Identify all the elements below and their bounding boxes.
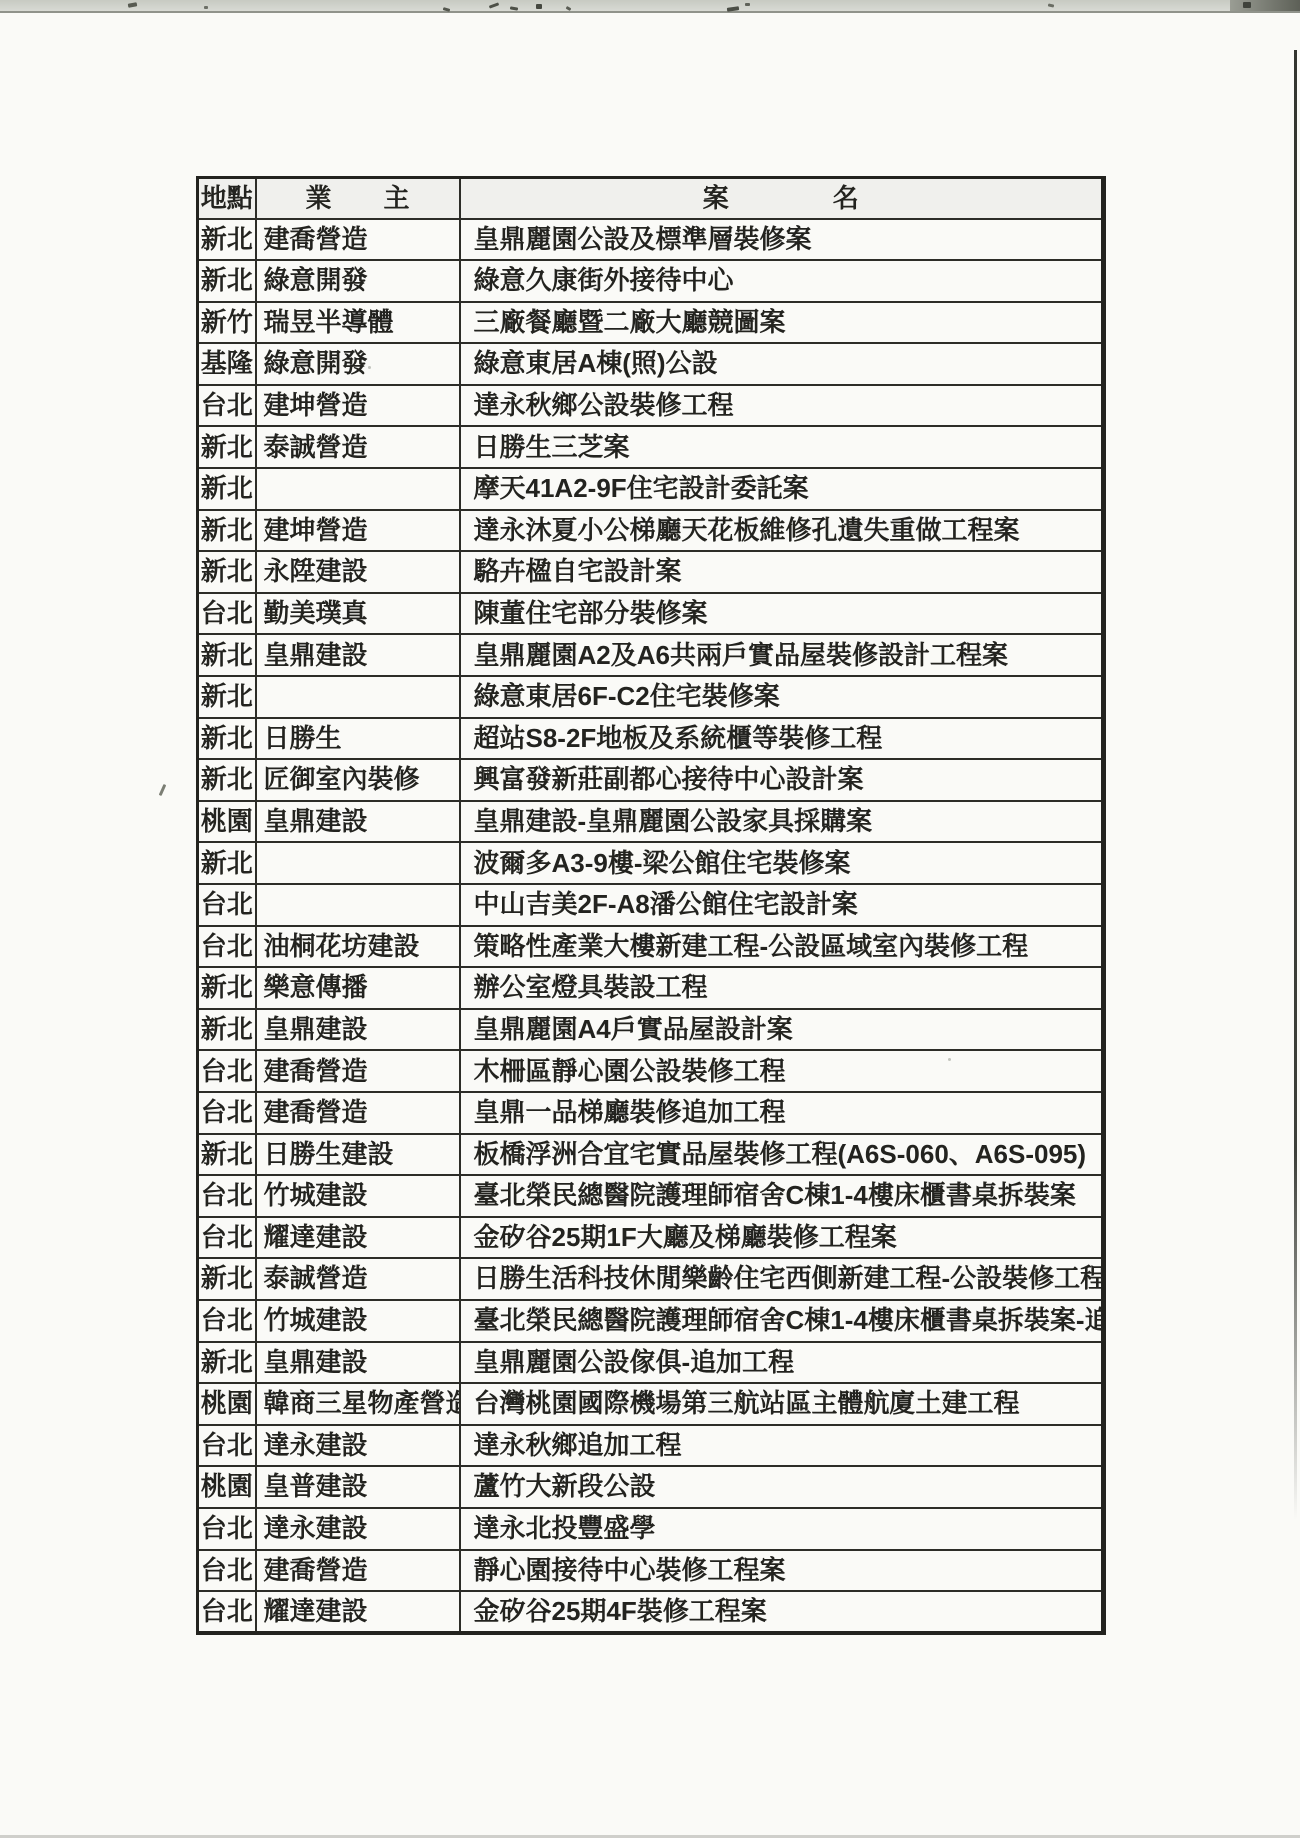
scan-tick-mark [159,784,167,796]
cell-client: 韓商三星物產營造 [256,1383,460,1425]
cell-location: 新竹 [198,302,256,344]
cell-project: 金矽谷25期4F裝修工程案 [460,1591,1104,1633]
cell-project: 波爾多A3-9樓-梁公館住宅裝修案 [460,842,1104,884]
cell-location: 新北 [198,759,256,801]
cell-project: 陳董住宅部分裝修案 [460,593,1104,635]
cell-client: 竹城建設 [256,1300,460,1342]
table-row: 桃園 皇普建設 蘆竹大新段公設 [198,1466,1104,1508]
cell-project: 金矽谷25期1F大廳及梯廳裝修工程案 [460,1217,1104,1259]
cell-client [256,884,460,926]
table-row: 新北 波爾多A3-9樓-梁公館住宅裝修案 [198,842,1104,884]
cell-project: 皇鼎建設-皇鼎麗園公設家具採購案 [460,801,1104,843]
cell-location: 桃園 [198,1383,256,1425]
table-header-row: 地點 業 主 案 名 [198,178,1104,219]
cell-location: 台北 [198,385,256,427]
cell-client: 皇鼎建設 [256,801,460,843]
projects-table: 地點 業 主 案 名 新北 建喬營造 皇鼎麗園公設及標準層裝修案 新北 綠意開發… [196,176,1106,1635]
cell-client [256,676,460,718]
cell-client: 耀達建設 [256,1591,460,1633]
table-row: 基隆 綠意開發 綠意東居A棟(照)公設 [198,343,1104,385]
scanned-page: 地點 業 主 案 名 新北 建喬營造 皇鼎麗園公設及標準層裝修案 新北 綠意開發… [0,0,1300,1838]
cell-project: 達永秋鄉追加工程 [460,1425,1104,1467]
cell-client: 皇鼎建設 [256,1009,460,1051]
cell-location: 台北 [198,1217,256,1259]
cell-client: 耀達建設 [256,1217,460,1259]
cell-project: 皇鼎麗園公設及標準層裝修案 [460,219,1104,261]
scan-right-edge-line [1294,50,1297,1520]
cell-client: 綠意開發 [256,343,460,385]
cell-location: 桃園 [198,1466,256,1508]
table-row: 新北 泰誠營造 日勝生三芝案 [198,426,1104,468]
cell-client: 皇普建設 [256,1466,460,1508]
cell-location: 新北 [198,468,256,510]
table-row: 新北 皇鼎建設 皇鼎麗園公設傢俱-追加工程 [198,1342,1104,1384]
scan-speck [1243,2,1251,8]
table-row: 新北 日勝生 超站S8-2F地板及系統櫃等裝修工程 [198,718,1104,760]
cell-project: 皇鼎麗園公設傢俱-追加工程 [460,1342,1104,1384]
cell-location: 新北 [198,551,256,593]
scan-speck [204,6,208,9]
cell-location: 桃園 [198,801,256,843]
cell-project: 蘆竹大新段公設 [460,1466,1104,1508]
cell-client: 竹城建設 [256,1175,460,1217]
table-header: 地點 業 主 案 名 [198,178,1104,219]
cell-location: 新北 [198,510,256,552]
cell-location: 台北 [198,1425,256,1467]
cell-location: 新北 [198,634,256,676]
cell-project: 皇鼎麗園A2及A6共兩戶實品屋裝修設計工程案 [460,634,1104,676]
table-row: 台北 耀達建設 金矽谷25期4F裝修工程案 [198,1591,1104,1633]
scan-top-edge [0,0,1300,13]
table-row: 台北 耀達建設 金矽谷25期1F大廳及梯廳裝修工程案 [198,1217,1104,1259]
scan-speck [536,4,542,9]
cell-project: 皇鼎一品梯廳裝修追加工程 [460,1092,1104,1134]
table-row: 新北 永陞建設 駱卉楹自宅設計案 [198,551,1104,593]
cell-project: 興富發新莊副都心接待中心設計案 [460,759,1104,801]
cell-location: 台北 [198,1175,256,1217]
cell-client: 皇鼎建設 [256,1342,460,1384]
cell-client: 建喬營造 [256,1050,460,1092]
cell-client: 建坤營造 [256,385,460,427]
table-row: 新北 綠意東居6F-C2住宅裝修案 [198,676,1104,718]
table-row: 台北 達永建設 達永秋鄉追加工程 [198,1425,1104,1467]
cell-client: 油桐花坊建設 [256,926,460,968]
table-row: 台北 建喬營造 木柵區靜心園公設裝修工程 [198,1050,1104,1092]
cell-client: 皇鼎建設 [256,634,460,676]
table-row: 新北 建喬營造 皇鼎麗園公設及標準層裝修案 [198,219,1104,261]
cell-location: 新北 [198,718,256,760]
cell-project: 靜心園接待中心裝修工程案 [460,1550,1104,1592]
table-row: 桃園 皇鼎建設 皇鼎建設-皇鼎麗園公設家具採購案 [198,801,1104,843]
cell-location: 新北 [198,1342,256,1384]
cell-client: 綠意開發 [256,260,460,302]
cell-location: 新北 [198,842,256,884]
cell-location: 新北 [198,1009,256,1051]
cell-project: 達永秋鄉公設裝修工程 [460,385,1104,427]
cell-location: 台北 [198,926,256,968]
cell-location: 台北 [198,1092,256,1134]
table-row: 新北 綠意開發 綠意久康街外接待中心 [198,260,1104,302]
cell-location: 台北 [198,1591,256,1633]
cell-client: 建喬營造 [256,1092,460,1134]
table-row: 桃園 韓商三星物產營造 台灣桃園國際機場第三航站區主體航廈土建工程 [198,1383,1104,1425]
table-row: 台北 達永建設 達永北投豐盛學 [198,1508,1104,1550]
cell-project: 臺北榮民總醫院護理師宿舍C棟1-4樓床櫃書桌拆裝案 [460,1175,1104,1217]
cell-location: 台北 [198,1300,256,1342]
header-location: 地點 [198,178,256,219]
cell-project: 日勝生三芝案 [460,426,1104,468]
cell-client: 日勝生 [256,718,460,760]
table-row: 新北 樂意傳播 辦公室燈具裝設工程 [198,967,1104,1009]
cell-project: 中山吉美2F-A8潘公館住宅設計案 [460,884,1104,926]
cell-project: 台灣桃園國際機場第三航站區主體航廈土建工程 [460,1383,1104,1425]
cell-location: 新北 [198,219,256,261]
cell-client: 達永建設 [256,1425,460,1467]
table-row: 台北 勤美璞真 陳董住宅部分裝修案 [198,593,1104,635]
cell-location: 新北 [198,260,256,302]
table-row: 台北 建喬營造 靜心園接待中心裝修工程案 [198,1550,1104,1592]
table-row: 新北 皇鼎建設 皇鼎麗園A2及A6共兩戶實品屋裝修設計工程案 [198,634,1104,676]
cell-project: 皇鼎麗園A4戶實品屋設計案 [460,1009,1104,1051]
cell-client: 樂意傳播 [256,967,460,1009]
cell-location: 台北 [198,1508,256,1550]
cell-location: 台北 [198,1550,256,1592]
table-row: 台北 建喬營造 皇鼎一品梯廳裝修追加工程 [198,1092,1104,1134]
cell-project: 駱卉楹自宅設計案 [460,551,1104,593]
cell-project: 臺北榮民總醫院護理師宿舍C棟1-4樓床櫃書桌拆裝案-追加 [460,1300,1104,1342]
table-row: 台北 中山吉美2F-A8潘公館住宅設計案 [198,884,1104,926]
cell-client: 泰誠營造 [256,426,460,468]
table-row: 台北 竹城建設 臺北榮民總醫院護理師宿舍C棟1-4樓床櫃書桌拆裝案 [198,1175,1104,1217]
table-row: 台北 竹城建設 臺北榮民總醫院護理師宿舍C棟1-4樓床櫃書桌拆裝案-追加 [198,1300,1104,1342]
cell-client: 泰誠營造 [256,1258,460,1300]
cell-client: 建喬營造 [256,1550,460,1592]
cell-project: 摩天41A2-9F住宅設計委託案 [460,468,1104,510]
cell-project: 三廠餐廳暨二廠大廳競圖案 [460,302,1104,344]
cell-client: 建坤營造 [256,510,460,552]
table-row: 新北 日勝生建設 板橋浮洲合宜宅實品屋裝修工程(A6S-060、A6S-095) [198,1134,1104,1176]
cell-location: 台北 [198,884,256,926]
cell-location: 新北 [198,676,256,718]
cell-client: 勤美璞真 [256,593,460,635]
cell-project: 綠意東居A棟(照)公設 [460,343,1104,385]
cell-client [256,468,460,510]
cell-project: 超站S8-2F地板及系統櫃等裝修工程 [460,718,1104,760]
table-row: 新竹 瑞昱半導體 三廠餐廳暨二廠大廳競圖案 [198,302,1104,344]
cell-client: 建喬營造 [256,219,460,261]
cell-project: 綠意東居6F-C2住宅裝修案 [460,676,1104,718]
table-row: 新北 皇鼎建設 皇鼎麗園A4戶實品屋設計案 [198,1009,1104,1051]
cell-project: 達永北投豐盛學 [460,1508,1104,1550]
cell-project: 日勝生活科技休閒樂齡住宅西側新建工程-公設裝修工程 [460,1258,1104,1300]
cell-project: 板橋浮洲合宜宅實品屋裝修工程(A6S-060、A6S-095) [460,1134,1104,1176]
scan-speck [745,3,750,6]
table-row: 台北 建坤營造 達永秋鄉公設裝修工程 [198,385,1104,427]
table-row: 新北 建坤營造 達永沐夏小公梯廳天花板維修孔遺失重做工程案 [198,510,1104,552]
cell-project: 綠意久康街外接待中心 [460,260,1104,302]
header-client: 業 主 [256,178,460,219]
cell-location: 台北 [198,593,256,635]
header-project: 案 名 [460,178,1104,219]
table-row: 新北 泰誠營造 日勝生活科技休閒樂齡住宅西側新建工程-公設裝修工程 [198,1258,1104,1300]
cell-location: 新北 [198,967,256,1009]
table-row: 新北 匠御室內裝修 興富發新莊副都心接待中心設計案 [198,759,1104,801]
cell-client: 永陞建設 [256,551,460,593]
scan-top-edge-dark-corner [1230,0,1300,11]
cell-client [256,842,460,884]
cell-location: 新北 [198,1258,256,1300]
cell-client: 瑞昱半導體 [256,302,460,344]
cell-client: 匠御室內裝修 [256,759,460,801]
cell-project: 辦公室燈具裝設工程 [460,967,1104,1009]
table-row: 台北 油桐花坊建設 策略性產業大樓新建工程-公設區域室內裝修工程 [198,926,1104,968]
cell-project: 木柵區靜心園公設裝修工程 [460,1050,1104,1092]
cell-location: 新北 [198,1134,256,1176]
cell-location: 台北 [198,1050,256,1092]
cell-location: 基隆 [198,343,256,385]
cell-project: 策略性產業大樓新建工程-公設區域室內裝修工程 [460,926,1104,968]
cell-location: 新北 [198,426,256,468]
cell-client: 日勝生建設 [256,1134,460,1176]
cell-project: 達永沐夏小公梯廳天花板維修孔遺失重做工程案 [460,510,1104,552]
cell-client: 達永建設 [256,1508,460,1550]
projects-table-body: 新北 建喬營造 皇鼎麗園公設及標準層裝修案 新北 綠意開發 綠意久康街外接待中心… [198,219,1104,1633]
table-row: 新北 摩天41A2-9F住宅設計委託案 [198,468,1104,510]
